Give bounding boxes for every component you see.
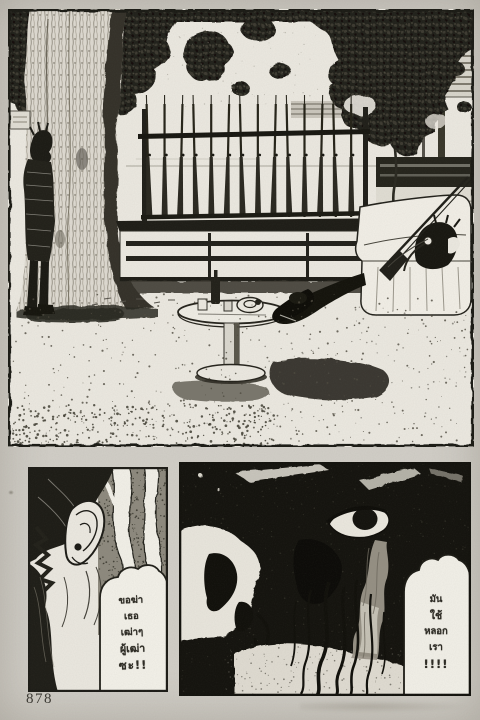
small-sign	[10, 111, 30, 129]
speech-text-right: มัน ใช้ หลอก เรา !!!!	[405, 592, 467, 672]
page-number: 878	[26, 691, 53, 708]
bubble-line: !!!!	[405, 656, 467, 672]
manga-page: ขอฆ่า เธอ เฒ่าๆ ผู้เฒ่า ซะ!! มัน ใช้ หลอ…	[0, 0, 480, 720]
veranda-band	[376, 157, 474, 187]
glass	[198, 299, 207, 310]
bubble-line: หลอก	[405, 624, 467, 640]
bottle	[211, 278, 220, 304]
panel-yard-scene	[8, 9, 474, 447]
speech-text-left: ขอฆ่า เธอ เฒ่าๆ ผู้เฒ่า ซะ!!	[98, 592, 167, 674]
bubble-line: ใช้	[405, 608, 467, 624]
yard-scene-art	[8, 9, 474, 447]
iris	[353, 508, 378, 530]
bubble-line: ซะ!!	[100, 656, 167, 674]
bubble-line: เรา	[405, 640, 467, 656]
bubble-line: มัน	[405, 592, 467, 608]
scan-smudge	[300, 700, 470, 713]
margin-speck	[8, 490, 14, 495]
